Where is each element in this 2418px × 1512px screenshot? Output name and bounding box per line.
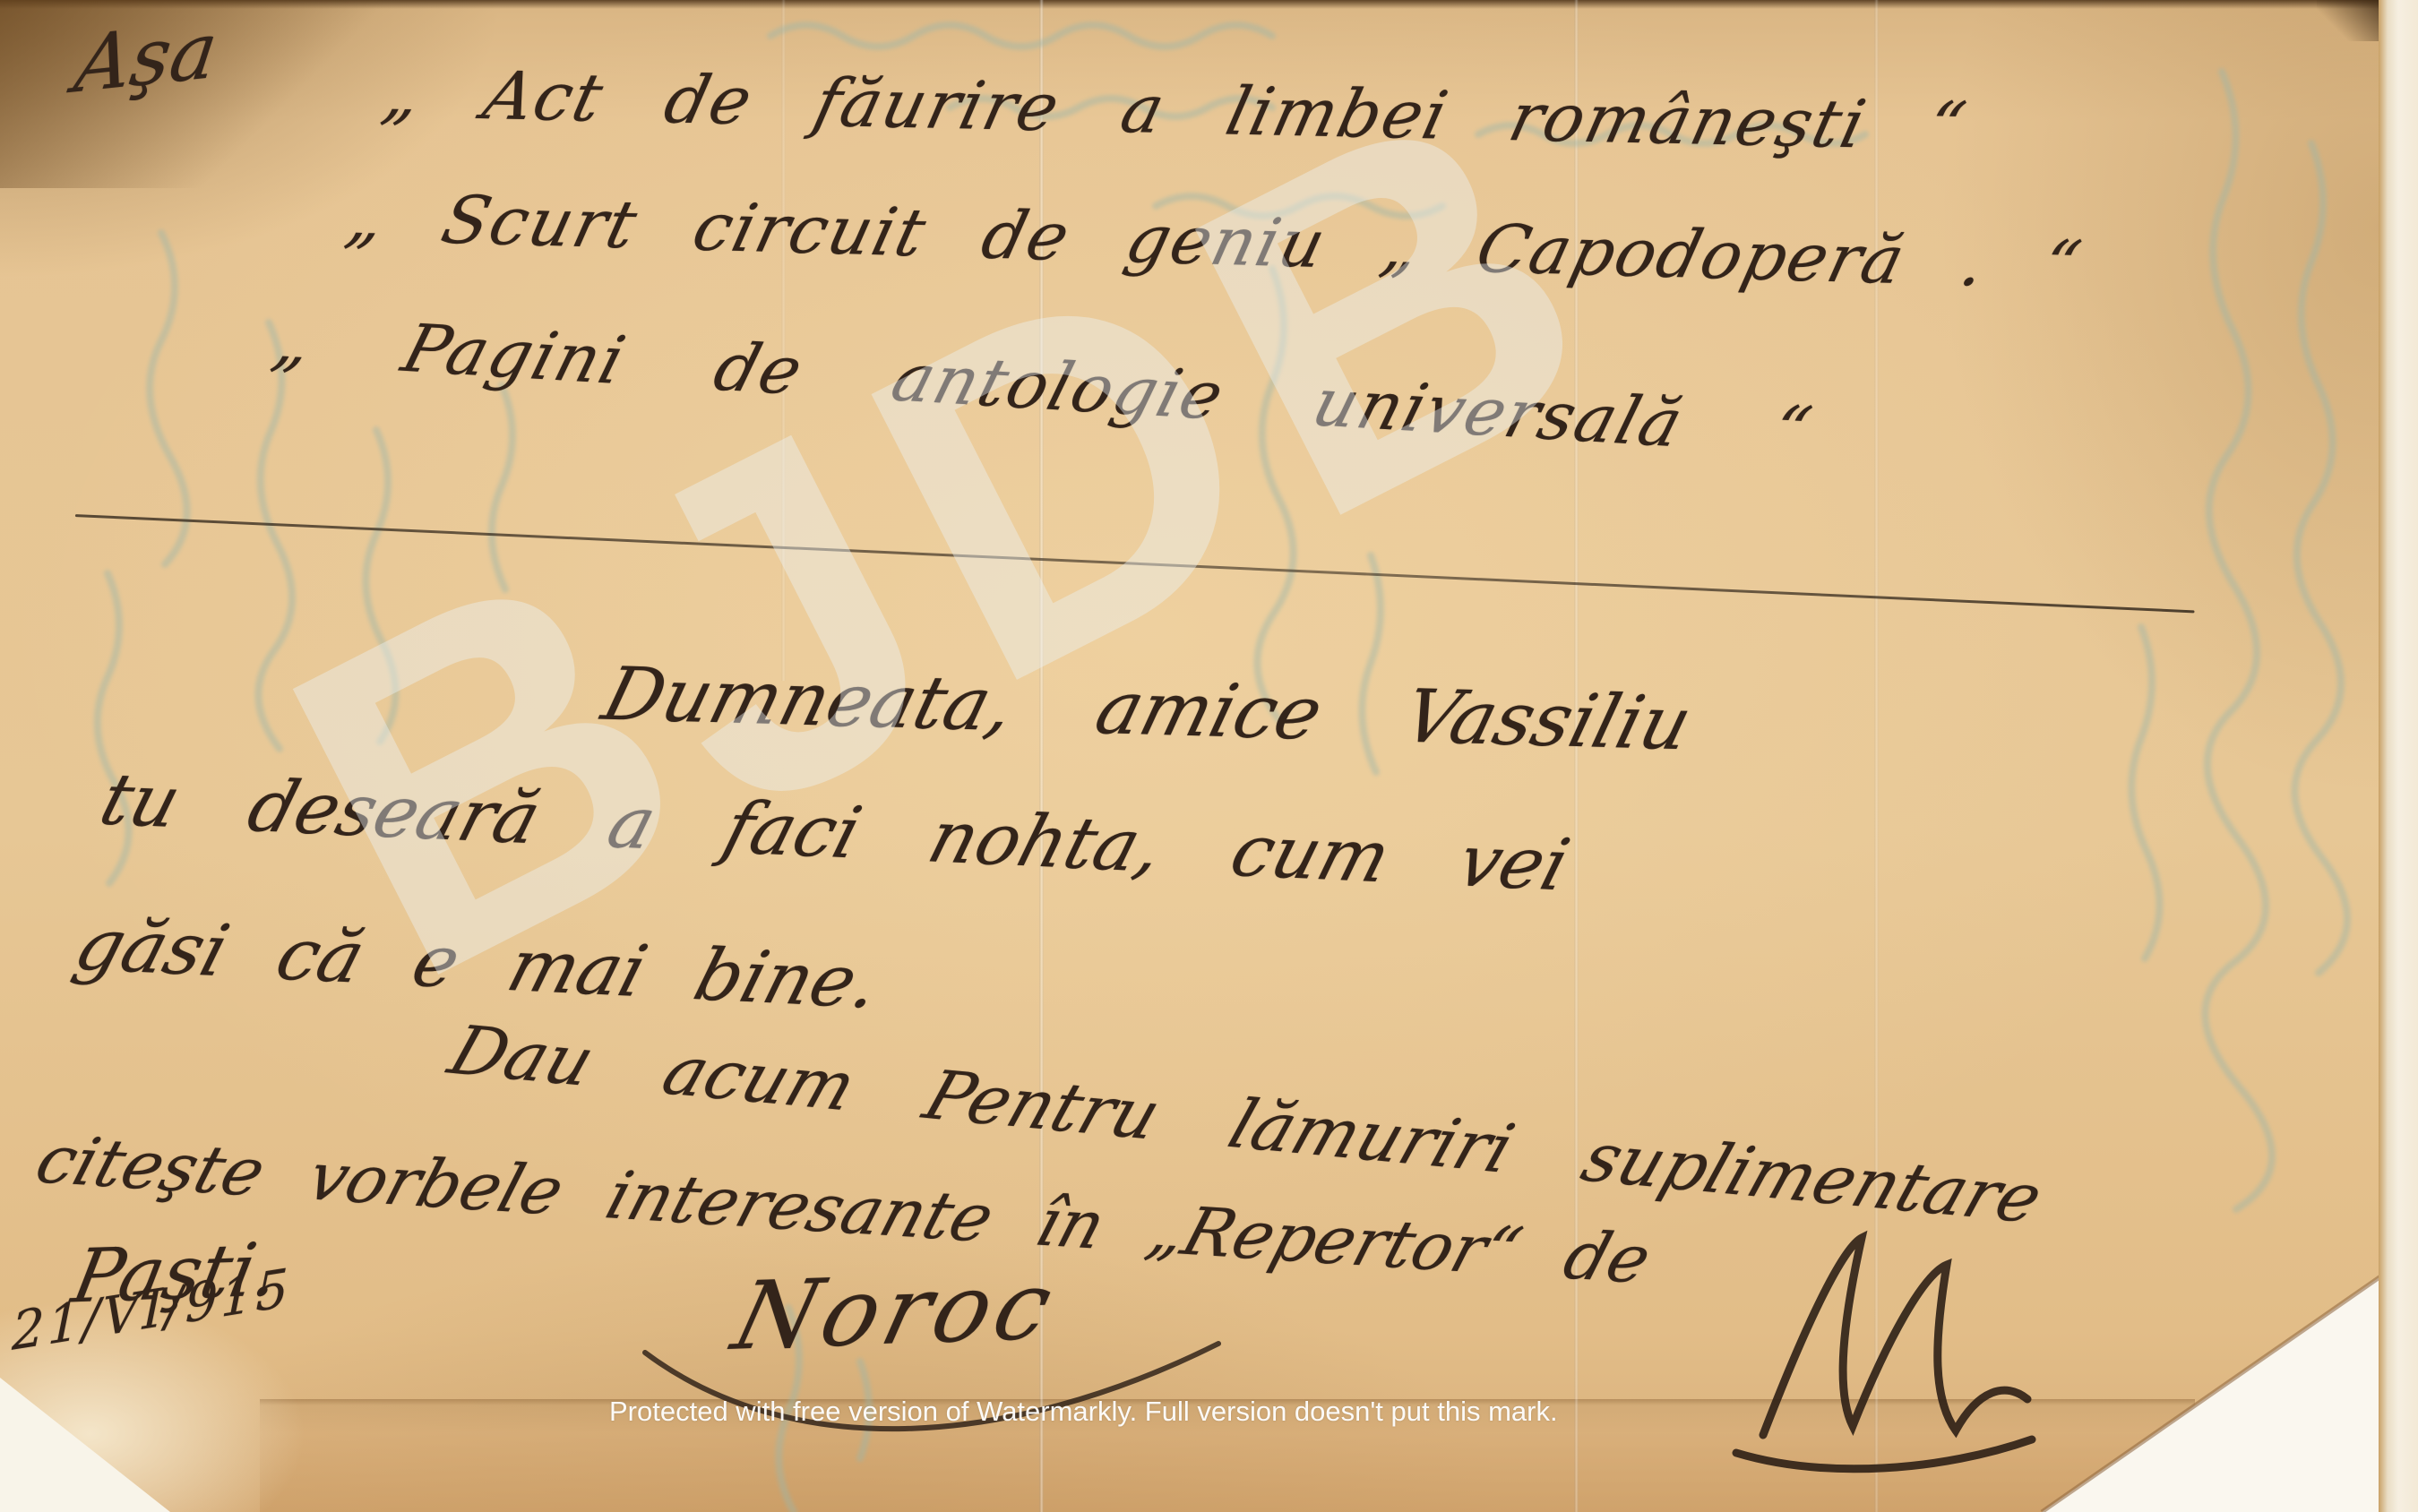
scanned-letter-page: Aşa „ Act de făurire a limbei româneşti … — [0, 0, 2418, 1512]
handwritten-lead-word: Aşa — [70, 5, 223, 112]
watermarkly-notice-text: Protected with free version of Watermark… — [609, 1396, 1558, 1428]
missing-corner-bottom-right — [2042, 1250, 2418, 1512]
scan-background-right-strip — [2379, 0, 2418, 1512]
signature-flourish — [1709, 1211, 2050, 1480]
closing-underline-swash — [627, 1326, 1254, 1451]
